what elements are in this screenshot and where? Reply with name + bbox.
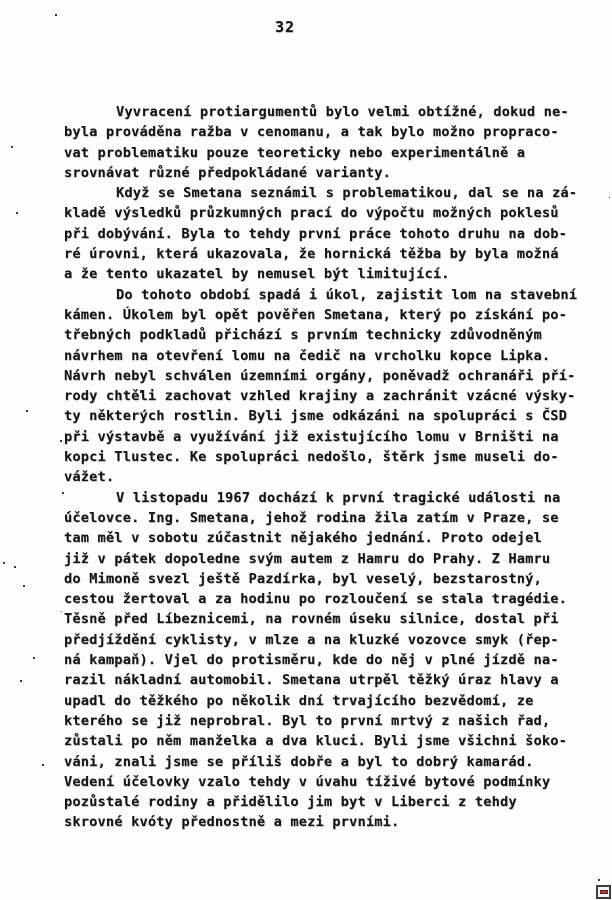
text-line: kladě výsledků průzkumných prací do výpo… [64,203,584,223]
text-line: tam měl v sobotu zúčastnit nějakého jedn… [64,528,584,548]
text-line: váni, znali jsme se příliš dobře a byl t… [64,752,584,772]
scan-speckle [598,879,600,881]
text-line: návrhem na otevření lomu na čedič na vrc… [64,346,584,366]
scan-speckle [609,197,610,198]
text-line: V listopadu 1967 dochází k první tragick… [64,488,584,508]
page-number: 32 [275,18,295,36]
text-line: Těsně před Líbeznicemi, na rovném úseku … [64,609,584,629]
scan-speckle [67,512,69,514]
text-line: upadl do těžkého po několik dní trvající… [64,691,584,711]
paragraph: Do tohoto období spadá i úkol, zajistit … [64,285,584,488]
scan-speckle [42,764,44,766]
scan-speckle [26,410,28,412]
scan-speckle [23,585,25,587]
scanned-document-page: 32 Vyvracení protiargumentů bylo velmi o… [0,0,612,900]
scan-speckle [55,14,57,16]
text-line: při výstavbě a využívání již existujícíh… [64,427,584,447]
text-line: ty některých rostlin. Byli jsme odkázáni… [64,406,584,426]
text-line: pozůstalé rodiny a přidělilo jim byt v L… [64,792,584,812]
text-line: srovnávat různé předpokládané varianty. [64,163,584,183]
scan-speckle [62,492,64,494]
scan-speckle [3,562,5,564]
text-line: Vyvracení protiargumentů bylo velmi obtí… [64,102,584,122]
scan-speckle [11,146,13,148]
text-line: Do tohoto období spadá i úkol, zajistit … [64,285,584,305]
text-line: třebných podkladů přichází s prvním tech… [64,325,584,345]
text-line: Když se Smetana seznámil s problematikou… [64,183,584,203]
paragraph: Vyvracení protiargumentů bylo velmi obtí… [64,102,584,183]
scan-speckle [60,440,62,442]
text-line: Vedení účelovky vzalo tehdy v úvahu tíži… [64,772,584,792]
text-line: byla prováděna ražba v cenomanu, a tak b… [64,122,584,142]
corner-mark-red-bar [600,890,608,894]
scan-speckle [33,657,35,659]
text-line: kopci Tlustec. Ke spolupráci nedošlo, št… [64,447,584,467]
text-line: předjíždění cyklisty, v mlze a na kluzké… [64,630,584,650]
text-line: rody chtěli zachovat vzhled krajiny a za… [64,386,584,406]
text-line: ná kampaň). Vjel do protisměru, kde do n… [64,650,584,670]
scan-speckle [14,566,16,568]
text-line: skrovné kvóty přednostně a mezi prvními. [64,812,584,832]
text-line: vážet. [64,467,584,487]
scan-speckle [16,212,18,214]
text-line: Návrh nebyl schválen územními orgány, po… [64,366,584,386]
text-line: razil nákladní automobil. Smetana utrpěl… [64,670,584,690]
text-line: kterého se již neprobral. Byl to první m… [64,711,584,731]
scanner-corner-mark-icon [596,885,611,899]
paragraph: Když se Smetana seznámil s problematikou… [64,183,584,284]
text-line: zůstali po něm manželka a dva kluci. Byl… [64,731,584,751]
scan-speckle [61,611,62,612]
text-line: cestou žertoval a za hodinu po rozloučen… [64,589,584,609]
body-text: Vyvracení protiargumentů bylo velmi obtí… [64,102,584,833]
text-line: účelovce. Ing. Smetana, jehož rodina žil… [64,508,584,528]
text-line: kámen. Úkolem byl opět pověřen Smetana, … [64,305,584,325]
text-line: již v pátek dopoledne svým autem z Hamru… [64,549,584,569]
text-line: ré úrovni, která ukazovala, že hornická … [64,244,584,264]
text-line: vat problematiku pouze teoreticky nebo e… [64,143,584,163]
text-line: do Mimoně svezl ještě Pazdírka, byl vese… [64,569,584,589]
paragraph: V listopadu 1967 dochází k první tragick… [64,488,584,833]
scan-speckle [20,680,22,682]
text-line: při dobývání. Byla to tehdy první práce … [64,224,584,244]
text-line: a že tento ukazatel by nemusel být limit… [64,264,584,284]
scan-speckle [140,391,142,393]
